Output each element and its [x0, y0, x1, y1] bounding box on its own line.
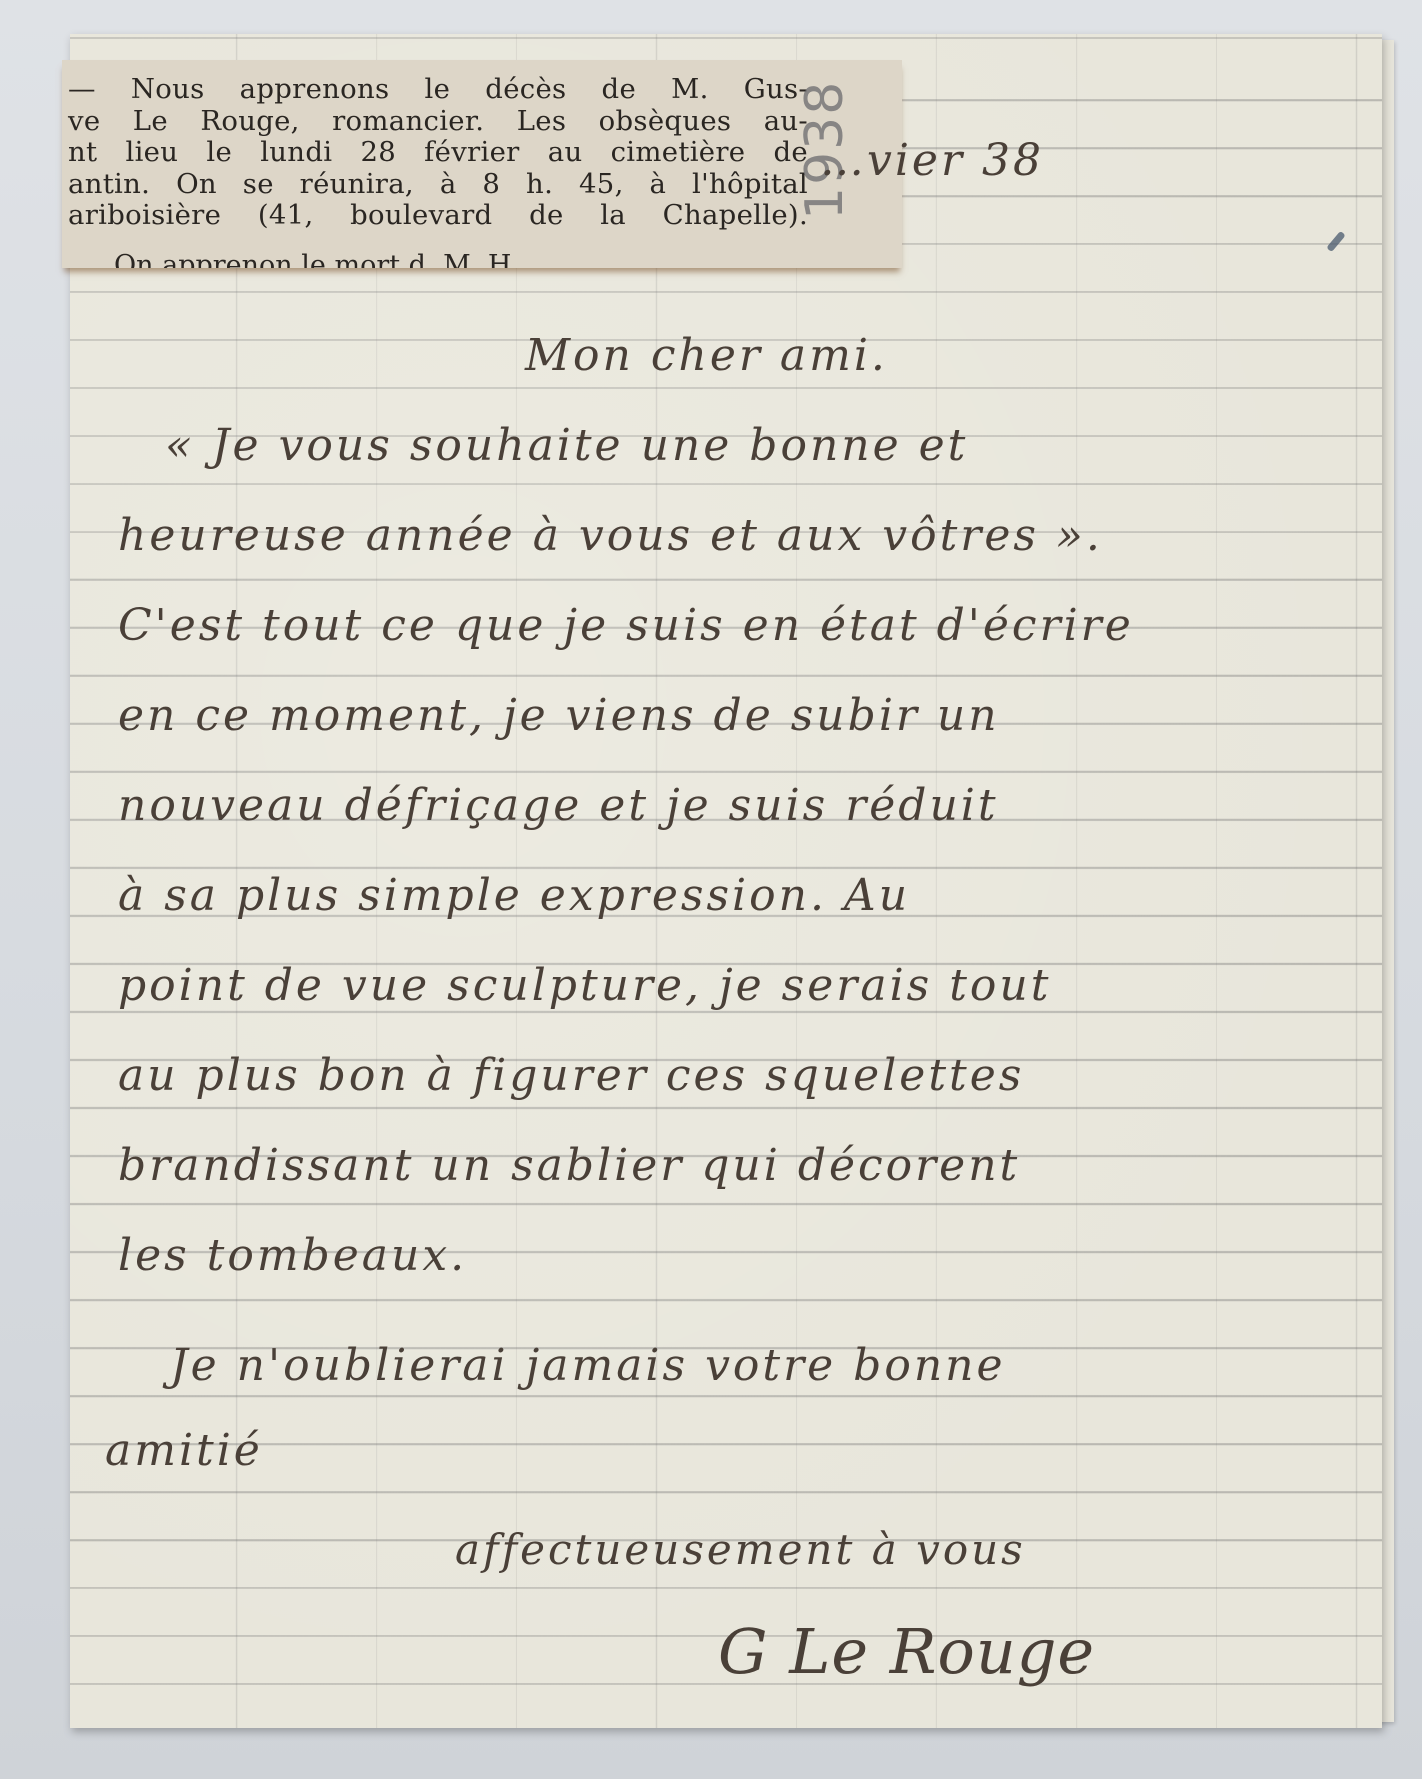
newspaper-clipping: — Nous apprenons le décès de M. Gus- ve …	[62, 60, 902, 268]
letter-date: …vier 38	[820, 135, 1044, 186]
letter-line: les tombeaux.	[118, 1230, 467, 1281]
letter-line: brandissant un sablier qui décorent	[118, 1140, 1020, 1191]
letter-closing: affectueusement à vous	[455, 1525, 1026, 1574]
clipping-cutoff-line: On apprenon le mort d. M. H...	[114, 250, 537, 268]
letter-line: C'est tout ce que je suis en état d'écri…	[118, 600, 1134, 651]
clipping-line: nt lieu le lundi 28 février au cimetière…	[68, 137, 808, 169]
letter-line: Je n'oublierai jamais votre bonne	[170, 1340, 1006, 1391]
letter-line: heureuse année à vous et aux vôtres ».	[118, 510, 1103, 561]
letter-line: nouveau défriçage et je suis réduit	[118, 780, 999, 831]
clipping-line: — Nous apprenons le décès de M. Gus-	[68, 74, 808, 106]
letter-salutation: Mon cher ami.	[525, 330, 888, 381]
letter-line: au plus bon à figurer ces squelettes	[118, 1050, 1024, 1101]
clipping-line: ariboisière (41, boulevard de la Chapell…	[68, 200, 808, 232]
letter-line: à sa plus simple expression. Au	[118, 870, 910, 921]
letter-line: en ce moment, je viens de subir un	[118, 690, 1000, 741]
clipping-line: ve Le Rouge, romancier. Les obsèques au-	[68, 106, 808, 138]
clipping-line: antin. On se réunira, à 8 h. 45, à l'hôp…	[68, 169, 808, 201]
clipping-text: — Nous apprenons le décès de M. Gus- ve …	[68, 74, 808, 232]
letter-line: « Je vous souhaite une bonne et	[165, 420, 968, 471]
letter-signature: G Le Rouge	[718, 1615, 1095, 1688]
letter-line: amitié	[105, 1425, 263, 1476]
letter-line: point de vue sculpture, je serais tout	[118, 960, 1051, 1011]
